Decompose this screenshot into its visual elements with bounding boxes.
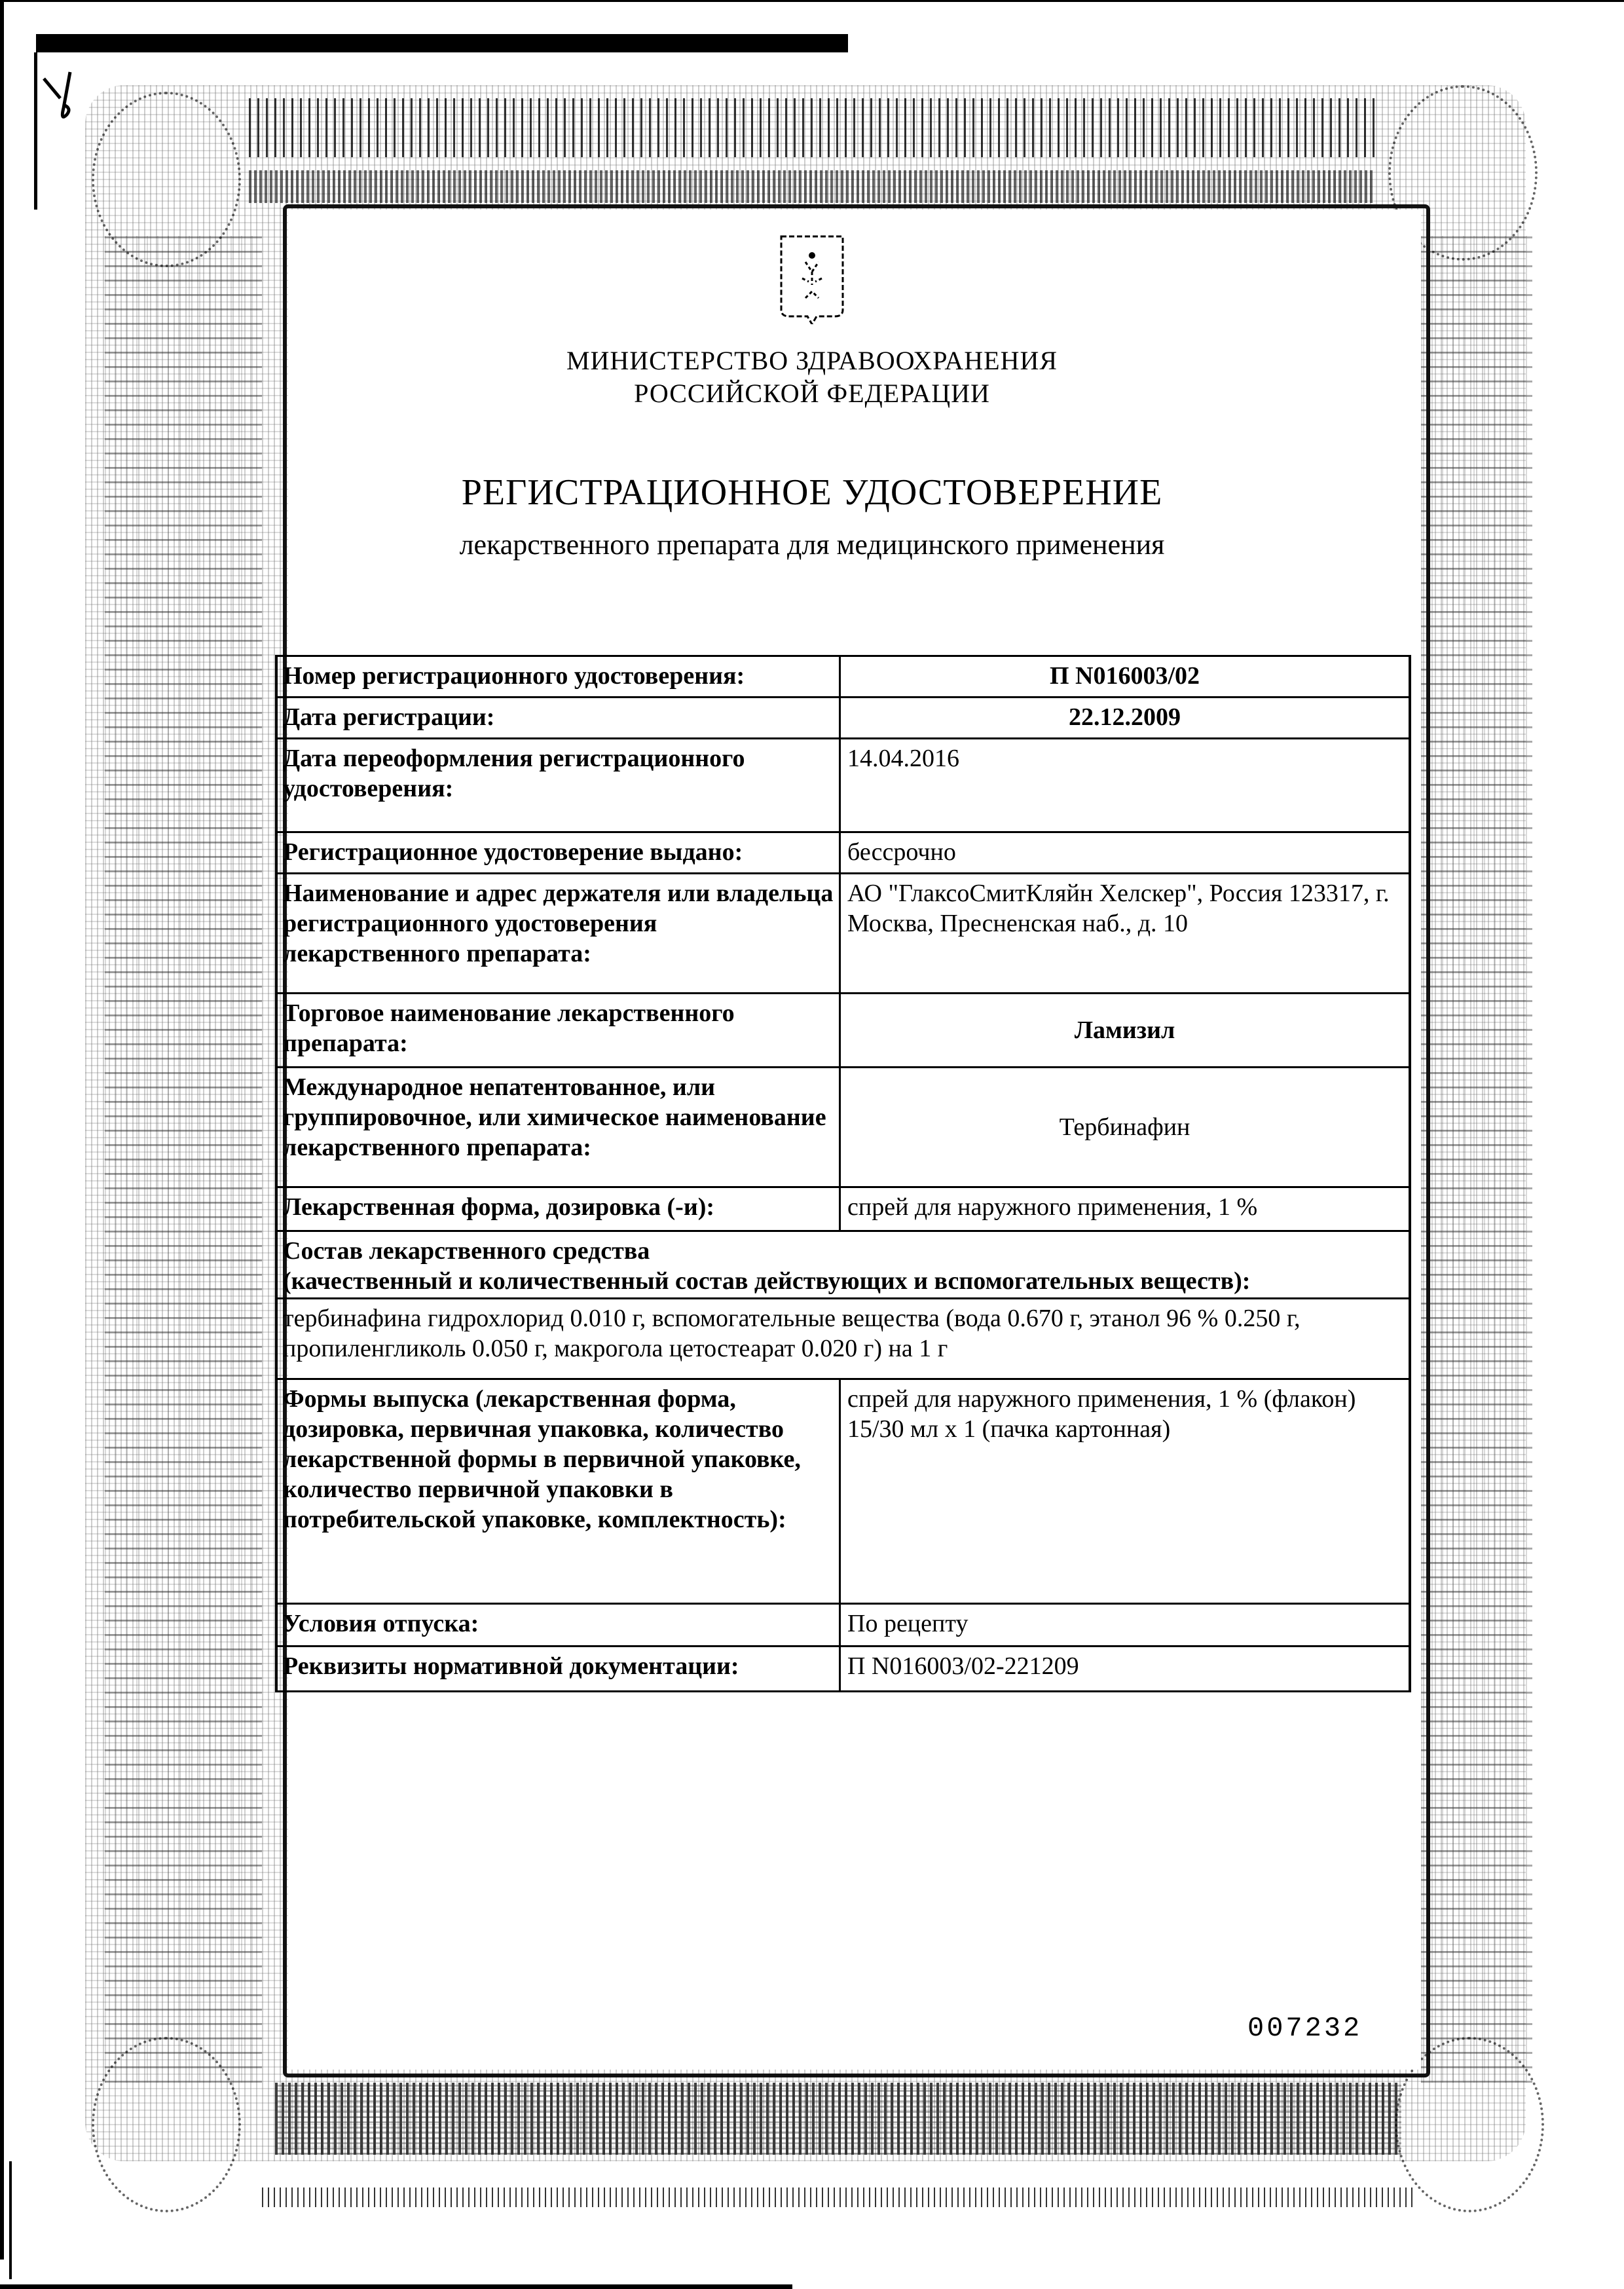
- table-row: Формы выпуска (лекарственная форма, дози…: [275, 1380, 1411, 1605]
- row-label: Лекарственная форма, дозировка (-и):: [278, 1188, 841, 1230]
- table-row: Регистрационное удостоверение выдано: бе…: [275, 833, 1411, 874]
- scan-edge-left: [0, 0, 4, 2260]
- ministry-name-line1: МИНИСТЕРСТВО ЗДРАВООХРАНЕНИЯ: [0, 344, 1624, 378]
- release-forms: спрей для наружного применения, 1 % (фла…: [841, 1380, 1409, 1603]
- scan-edge-bar: [36, 34, 848, 52]
- document-title: РЕГИСТРАЦИОННОЕ УДОСТОВЕРЕНИЕ: [0, 472, 1624, 513]
- table-row: Торговое наименование лекарственного пре…: [275, 994, 1411, 1068]
- row-label: Условия отпуска:: [278, 1605, 841, 1645]
- row-label: Регистрационное удостоверение выдано:: [278, 833, 841, 872]
- composition-heading-line1: Состав лекарственного средства: [283, 1236, 1403, 1266]
- table-row: Номер регистрационного удостоверения: П …: [275, 655, 1411, 698]
- row-label: Номер регистрационного удостоверения:: [278, 657, 841, 696]
- coat-of-arms-icon: [776, 233, 848, 324]
- row-label: Дата переоформления регистрационного удо…: [278, 739, 841, 831]
- ministry-name-line2: РОССИЙСКОЙ ФЕДЕРАЦИИ: [0, 377, 1624, 411]
- dosage-form: спрей для наружного применения, 1 %: [841, 1188, 1409, 1230]
- frame-ornament-bottom: [275, 2083, 1401, 2155]
- document-subtitle: лекарственного препарата для медицинског…: [0, 528, 1624, 561]
- validity: бессрочно: [841, 833, 1409, 872]
- reissue-date: 14.04.2016: [841, 739, 1409, 831]
- table-row: тербинафина гидрохлорид 0.010 г, вспомог…: [275, 1299, 1411, 1380]
- row-label: Наименование и адрес держателя или владе…: [278, 874, 841, 992]
- composition-heading-line2: (качественный и количественный состав де…: [283, 1266, 1403, 1296]
- corner-rosette-icon: [92, 2037, 241, 2212]
- table-row: Наименование и адрес держателя или владе…: [275, 874, 1411, 994]
- table-row: Условия отпуска: По рецепту: [275, 1605, 1411, 1647]
- composition-heading: Состав лекарственного средства (качестве…: [278, 1232, 1409, 1297]
- holder-name-address: АО "ГлаксоСмитКляйн Хелскер", Россия 123…: [841, 874, 1409, 992]
- frame-ornament-top-band: [249, 170, 1375, 203]
- scan-edge-top: [0, 0, 1624, 2]
- trade-name: Ламизил: [841, 994, 1409, 1066]
- corner-rosette-icon: [92, 92, 241, 267]
- frame-ornament-top: [249, 98, 1375, 157]
- inn-name: Тербинафин: [841, 1068, 1409, 1186]
- table-row: Реквизиты нормативной документации: П N0…: [275, 1647, 1411, 1692]
- registration-table: Номер регистрационного удостоверения: П …: [275, 655, 1411, 1692]
- composition-text: тербинафина гидрохлорид 0.010 г, вспомог…: [278, 1299, 1409, 1378]
- table-row: Дата регистрации: 22.12.2009: [275, 698, 1411, 739]
- row-label: Формы выпуска (лекарственная форма, дози…: [278, 1380, 841, 1603]
- dispensing-conditions: По рецепту: [841, 1605, 1409, 1645]
- serial-number: 007232: [1247, 2013, 1362, 2044]
- table-row: Состав лекарственного средства (качестве…: [275, 1232, 1411, 1299]
- row-label: Дата регистрации:: [278, 698, 841, 737]
- table-row: Лекарственная форма, дозировка (-и): спр…: [275, 1188, 1411, 1232]
- table-row: Международное непатентованное, или групп…: [275, 1068, 1411, 1188]
- normative-docs: П N016003/02-221209: [841, 1647, 1409, 1690]
- frame-ornament-bottom-dots: [262, 2187, 1414, 2207]
- scan-edge-mark: [34, 52, 37, 210]
- scan-edge-bottom: [0, 2284, 792, 2289]
- registration-number: П N016003/02: [841, 657, 1409, 696]
- row-label: Международное непатентованное, или групп…: [278, 1068, 841, 1186]
- registration-date: 22.12.2009: [841, 698, 1409, 737]
- scan-edge-mark-bottom: [9, 2161, 12, 2279]
- handwritten-check-icon: [41, 69, 80, 128]
- row-label: Торговое наименование лекарственного пре…: [278, 994, 841, 1066]
- row-label: Реквизиты нормативной документации:: [278, 1647, 841, 1690]
- table-row: Дата переоформления регистрационного удо…: [275, 739, 1411, 833]
